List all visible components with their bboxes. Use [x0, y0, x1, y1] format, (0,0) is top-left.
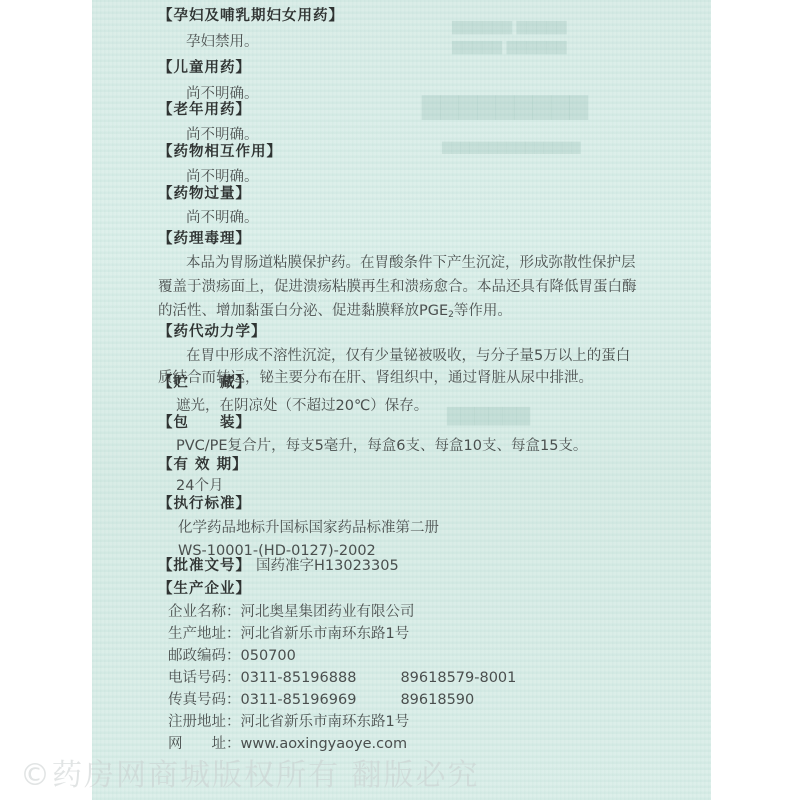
- section-body-pharmacology-line2: 覆盖于溃疡面上，促进溃疡粘膜再生和溃疡愈合。本品还具有降低胃蛋白酶: [158, 277, 637, 297]
- bleed-through-ghost-text: ▇▇▇▇▇ ▇▇▇▇▇▇: [452, 40, 567, 55]
- section-heading-pharmacokinetics: 【药代动力学】: [158, 322, 267, 342]
- field-label: 邮政编码：: [168, 648, 241, 664]
- bleed-through-ghost-text: ▇▇▇▇▇▇▇▇▇▇▇▇▇▇▇: [442, 140, 580, 154]
- phone-row: 电话号码：0311-8519688889618579-8001: [168, 668, 516, 688]
- section-heading-pediatric: 【儿童用药】: [158, 58, 251, 78]
- section-body-overdose: 尚不明确。: [186, 208, 259, 228]
- section-body-standard-line1: 化学药品地标升国标国家药品标准第二册: [178, 518, 439, 538]
- scanned-page: ▇▇▇▇▇▇ ▇▇▇▇▇ ▇▇▇▇▇ ▇▇▇▇▇▇ ▇▇▇▇▇▇▇▇▇ ▇▇▇▇…: [0, 0, 800, 800]
- section-heading-manufacturer: 【生产企业】: [158, 579, 251, 599]
- section-body-pharmacology-line1: 本品为胃肠道粘膜保护药。在胃酸条件下产生沉淀，形成弥散性保护层: [186, 253, 636, 273]
- field-value: 河北奥星集团药业有限公司: [241, 604, 415, 620]
- section-heading-overdose: 【药物过量】: [158, 184, 251, 204]
- field-value-secondary: 89618590: [400, 692, 474, 708]
- pge-text: 的活性、增加黏蛋白分泌、促进黏膜释放PGE: [158, 303, 448, 319]
- field-label: 注册地址：: [168, 714, 241, 730]
- section-heading-approval-number: 【批准文号】: [158, 556, 251, 576]
- field-value: 河北省新乐市南环东路1号: [241, 626, 410, 642]
- field-value: 河北省新乐市南环东路1号: [241, 714, 410, 730]
- pge-text-tail: 等作用。: [454, 303, 512, 319]
- production-address-row: 生产地址：河北省新乐市南环东路1号: [168, 624, 409, 644]
- manufacturer-name-row: 企业名称：河北奥星集团药业有限公司: [168, 602, 415, 622]
- bleed-through-ghost-text: ▇▇▇▇▇▇: [447, 405, 530, 426]
- approval-number-value: 国药准字H13023305: [256, 556, 399, 576]
- field-label: 生产地址：: [168, 626, 241, 642]
- section-body-packaging: PVC/PE复合片，每支5毫升，每盒6支、每盒10支、每盒15支。: [176, 436, 587, 456]
- fax-row: 传真号码：0311-8519696989618590: [168, 690, 474, 710]
- section-heading-pharmacology: 【药理毒理】: [158, 229, 251, 249]
- section-heading-pregnancy: 【孕妇及哺乳期妇女用药】: [158, 6, 344, 26]
- field-value: 0311-85196969: [241, 692, 357, 708]
- section-body-shelf-life: 24个月: [176, 476, 223, 496]
- section-heading-geriatric: 【老年用药】: [158, 100, 251, 120]
- section-heading-packaging: 【包 装】: [158, 413, 251, 433]
- section-heading-shelf-life: 【有 效 期】: [158, 455, 248, 475]
- registered-address-row: 注册地址：河北省新乐市南环东路1号: [168, 712, 409, 732]
- copyright-watermark: ©药房网商城版权所有 翻版必究: [20, 750, 480, 794]
- postal-code-row: 邮政编码：050700: [168, 646, 296, 666]
- field-label: 电话号码：: [168, 670, 241, 686]
- field-value-secondary: 89618579-8001: [400, 670, 516, 686]
- bleed-through-ghost-text: ▇▇▇▇▇▇▇▇▇: [422, 92, 588, 120]
- field-value: 0311-85196888: [241, 670, 357, 686]
- section-heading-storage: 【贮 藏】: [158, 373, 251, 393]
- bleed-through-ghost-text: ▇▇▇▇▇▇ ▇▇▇▇▇: [452, 20, 567, 35]
- field-label: 传真号码：: [168, 692, 241, 708]
- section-heading-interactions: 【药物相互作用】: [158, 142, 282, 162]
- section-heading-standard: 【执行标准】: [158, 494, 251, 514]
- field-value: 050700: [241, 648, 296, 664]
- section-body-pregnancy: 孕妇禁用。: [186, 32, 259, 52]
- field-label: 企业名称：: [168, 604, 241, 620]
- section-body-pharmacokinetics-line1: 在胃中形成不溶性沉淀，仅有少量铋被吸收，与分子量5万以上的蛋白: [186, 346, 630, 366]
